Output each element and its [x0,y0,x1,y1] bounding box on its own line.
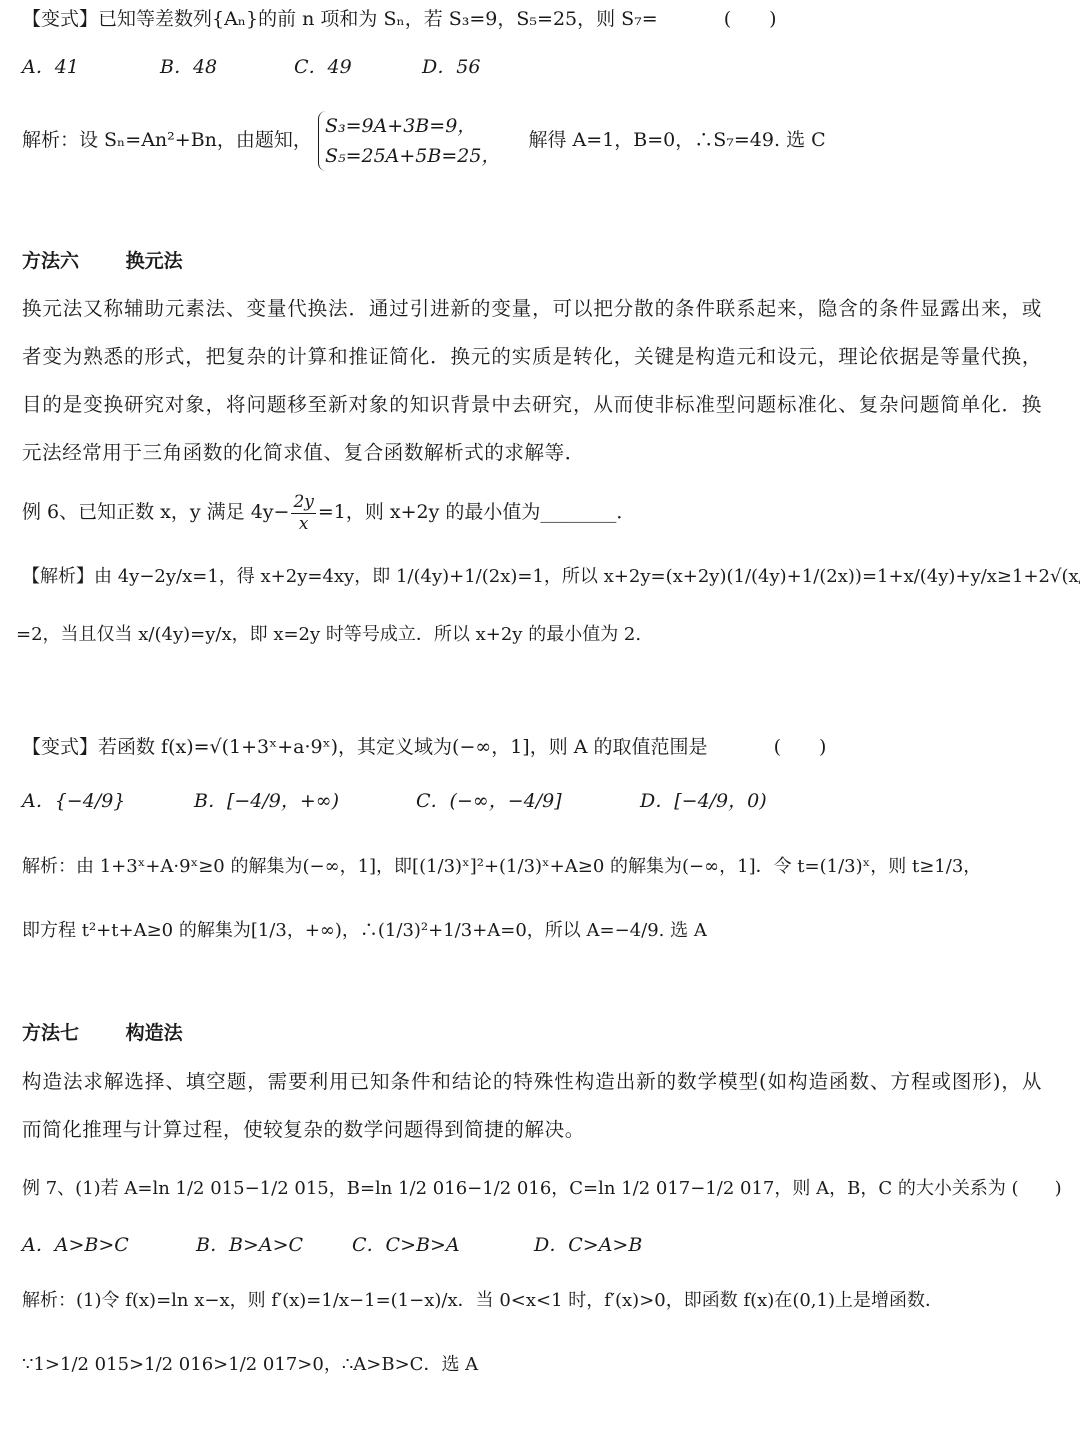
variant1-question: 【变式】已知等差数列{Aₙ}的前 n 项和为 Sₙ，若 S₃=9，S₅=25，则… [22,4,777,34]
method7-paragraph: 构造法求解选择、填空题，需要利用已知条件和结论的特殊性构造出新的数学模型(如构造… [22,1058,1042,1154]
example6-solution-line1: 【解析】由 4y−2y/x=1，得 x+2y=4xy，即 1/(4y)+1/(2… [22,562,1080,592]
variant2-solution-line2: 即方程 t²+t+A≥0 的解集为[1/3，+∞)，∴(1/3)²+1/3+A=… [22,916,707,946]
solution-suffix: 解得 A=1，B=0，∴S₇=49. 选 C [529,129,826,151]
heading-number: 方法六 [22,250,79,272]
option-c: C．C>B>A [352,1230,534,1260]
option-c: C．(−∞，−4/9] [416,786,640,816]
option-a: A．41 [22,52,160,82]
example7-options: A．A>B>CB．B>A>CC．C>B>AD．C>A>B [22,1230,642,1260]
option-a: A．{−4/9} [22,786,194,816]
option-b: B．48 [160,52,294,82]
equation-2: S₅=25A+5B=25， [325,141,501,171]
variant1-options: A．41B．48C．49D．56 [22,52,480,82]
numerator: 2y [291,494,315,514]
variant2-options: A．{−4/9}B．[−4/9，+∞)C．(−∞，−4/9]D．[−4/9，0) [22,786,767,816]
heading-name: 构造法 [126,1022,183,1044]
method7-heading: 方法七 构造法 [22,1018,183,1048]
example-suffix: =1，则 x+2y 的最小值为________． [318,501,636,523]
solution-prefix: 解析：设 Sₙ=An²+Bn，由题知， [22,129,312,151]
heading-number: 方法七 [22,1022,79,1044]
example6-solution-line2: =2，当且仅当 x/(4y)=y/x，即 x=2y 时等号成立．所以 x+2y … [16,620,641,650]
fraction: 2yx [291,494,315,533]
method6-heading: 方法六 换元法 [22,246,183,276]
question-text: 【变式】已知等差数列{Aₙ}的前 n 项和为 Sₙ，若 S₃=9，S₅=25，则… [22,8,658,30]
variant2-question: 【变式】若函数 f(x)=√(1+3ˣ+a·9ˣ)，其定义域为(−∞，1]，则 … [22,732,826,762]
example6: 例 6、已知正数 x，y 满足 4y−2yx=1，则 x+2y 的最小值为___… [22,492,635,533]
option-b: B．[−4/9，+∞) [194,786,416,816]
denominator: x [297,514,311,533]
variant2-solution-line1: 解析：由 1+3ˣ+A·9ˣ≥0 的解集为(−∞，1]，即[(1/3)ˣ]²+(… [22,852,981,882]
question-text: 【变式】若函数 f(x)=√(1+3ˣ+a·9ˣ)，其定义域为(−∞，1]，则 … [22,736,708,758]
example-prefix: 例 6、已知正数 x，y 满足 4y− [22,501,289,523]
example7-solution-line1: 解析：(1)令 f(x)=ln x−x，则 f′(x)=1/x−1=(1−x)/… [22,1286,943,1316]
option-d: D．56 [422,52,480,82]
equation-system: S₃=9A+3B=9， S₅=25A+5B=25， [318,111,501,171]
heading-name: 换元法 [126,250,183,272]
answer-paren: ( ) [724,8,777,30]
example7: 例 7、(1)若 A=ln 1/2 015−1/2 015，B=ln 1/2 0… [22,1174,1062,1204]
example7-solution-line2: ∵1>1/2 015>1/2 016>1/2 017>0，∴A>B>C．选 A [22,1350,478,1380]
option-d: D．[−4/9，0) [640,786,767,816]
option-c: C．49 [294,52,422,82]
variant1-solution: 解析：设 Sₙ=An²+Bn，由题知， S₃=9A+3B=9， S₅=25A+5… [22,110,826,171]
option-d: D．C>A>B [534,1230,642,1260]
answer-paren: ( ) [774,736,827,758]
option-b: B．B>A>C [196,1230,352,1260]
equation-1: S₃=9A+3B=9， [325,111,501,141]
option-a: A．A>B>C [22,1230,196,1260]
method6-paragraph: 换元法又称辅助元素法、变量代换法．通过引进新的变量，可以把分散的条件联系起来，隐… [22,285,1042,477]
